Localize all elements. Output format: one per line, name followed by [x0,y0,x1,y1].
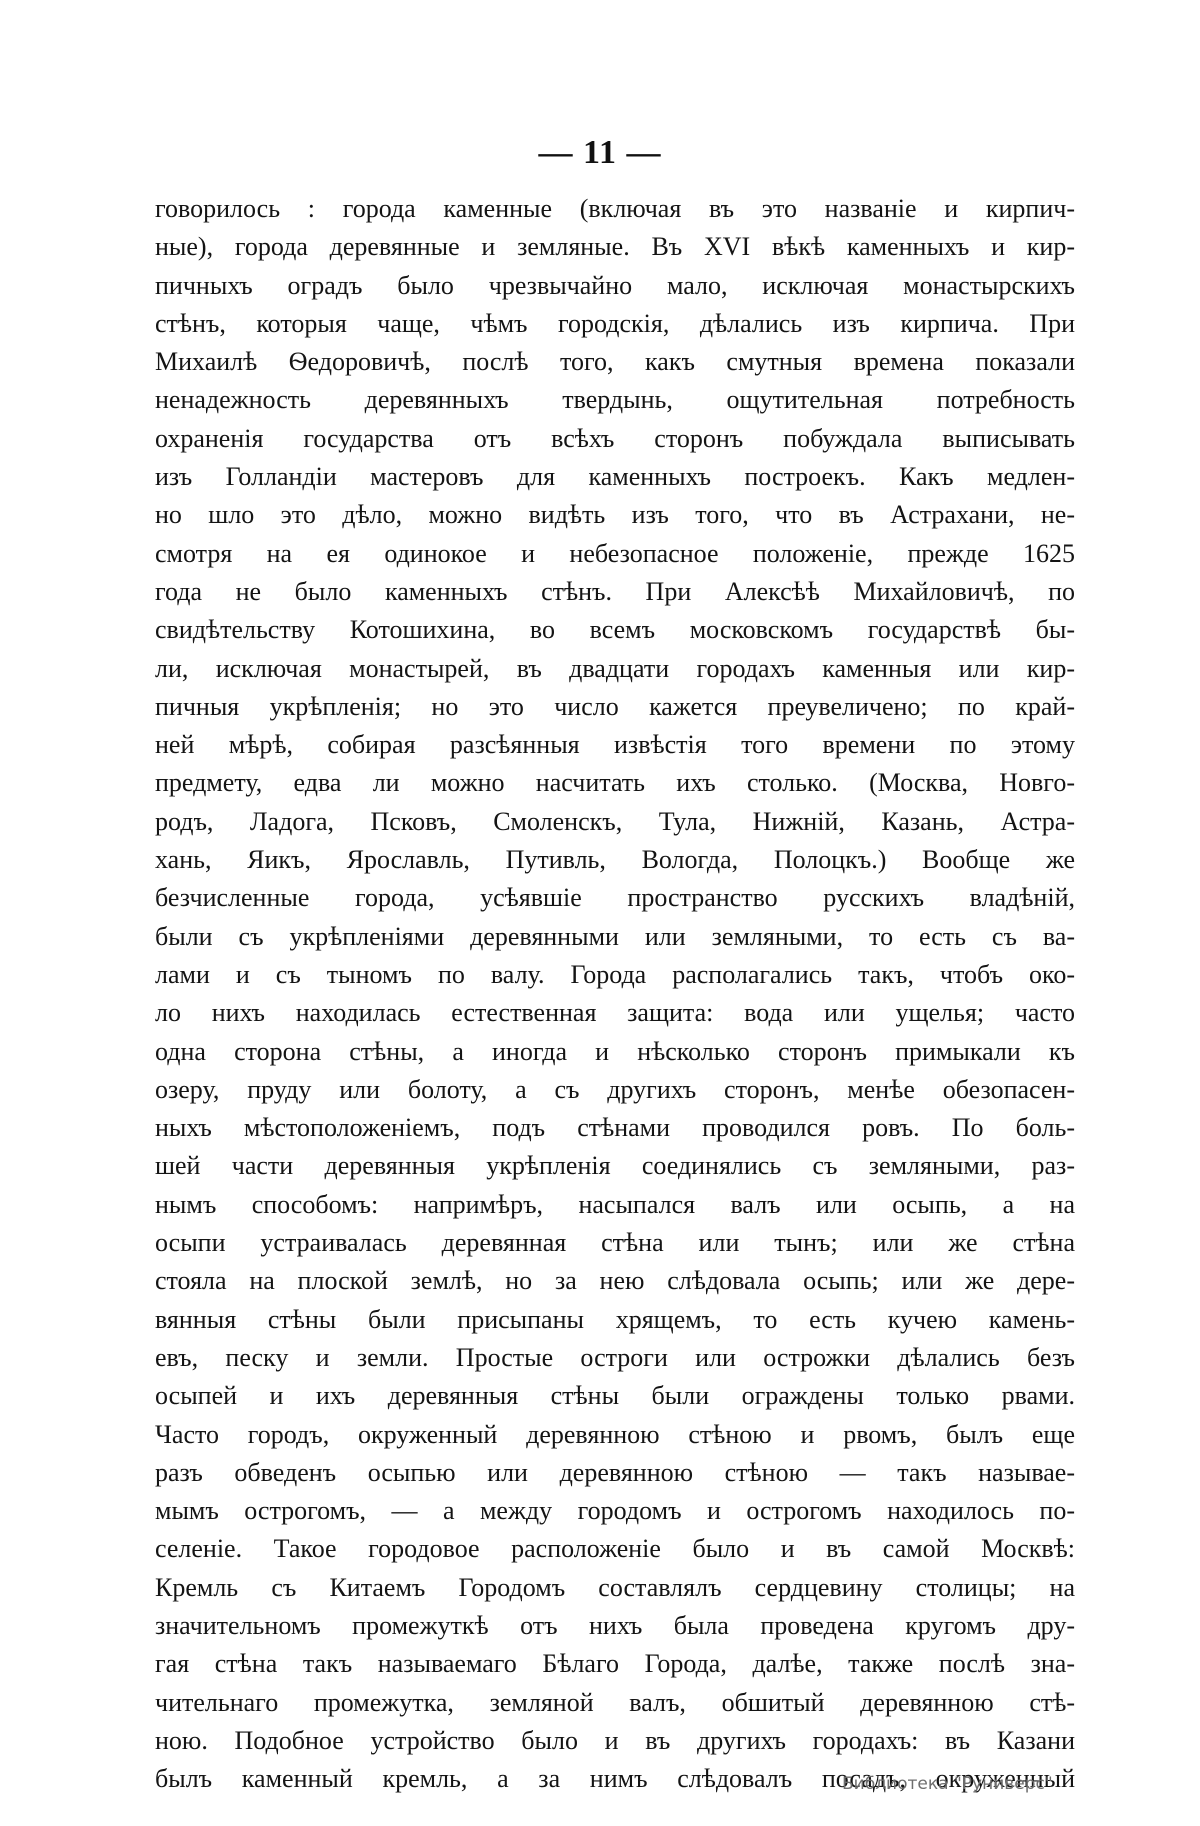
text-line: Кремль съ Китаемъ Городомъ составлялъ се… [155,1569,1075,1607]
text-line: значительномъ промежуткѣ отъ нихъ была п… [155,1607,1075,1645]
text-line: Часто городъ, окруженный деревянною стѣн… [155,1416,1075,1454]
text-line: охраненія государства отъ всѣхъ сторонъ … [155,420,1075,458]
text-line: ней мѣрѣ, собирая разсѣянныя извѣстія то… [155,726,1075,764]
text-line: чительнаго промежутка, земляной валъ, об… [155,1684,1075,1722]
text-line: нымъ способомъ: напримѣръ, насыпался вал… [155,1186,1075,1224]
library-watermark: Библиотека "Руниверс" [842,1774,1053,1794]
text-line: родъ, Ладога, Псковъ, Смоленскъ, Тула, Н… [155,803,1075,841]
text-line: гая стѣна такъ называемаго Бѣлаго Города… [155,1645,1075,1683]
text-line: мымъ острогомъ, — а между городомъ и ост… [155,1492,1075,1530]
text-line: стѣнъ, которыя чаще, чѣмъ городскія, дѣл… [155,305,1075,343]
text-line: озеру, пруду или болоту, а съ другихъ ст… [155,1071,1075,1109]
text-line: одна сторона стѣны, а иногда и нѣсколько… [155,1033,1075,1071]
text-line: пичныхъ оградъ было чрезвычайно мало, ис… [155,267,1075,305]
text-line: осыпи устраивалась деревянная стѣна или … [155,1224,1075,1262]
text-line: но шло это дѣло, можно видѣть изъ того, … [155,496,1075,534]
text-line: ныхъ мѣстоположеніемъ, подъ стѣнами пров… [155,1109,1075,1147]
text-line: свидѣтельству Котошихина, во всемъ моско… [155,611,1075,649]
text-line: смотря на ея одинокое и небезопасное пол… [155,535,1075,573]
text-line: года не было каменныхъ стѣнъ. При Алексѣ… [155,573,1075,611]
text-line: ною. Подобное устройство было и въ други… [155,1722,1075,1760]
body-text: говорилось : города каменные (включая въ… [155,190,1075,1798]
text-line: разъ обведенъ осыпью или деревянною стѣн… [155,1454,1075,1492]
scanned-book-page: — 11 — говорилось : города каменные (вкл… [0,0,1200,1826]
text-line: были съ укрѣпленіями деревянными или зем… [155,918,1075,956]
text-line: хань, Яикъ, Ярославль, Путивль, Вологда,… [155,841,1075,879]
text-line: говорилось : города каменные (включая въ… [155,190,1075,228]
text-line: шей части деревянныя укрѣпленія соединял… [155,1147,1075,1185]
text-line: селеніе. Такое городовое расположеніе бы… [155,1530,1075,1568]
text-line: безчисленные города, усѣявшіе пространст… [155,879,1075,917]
text-line: евъ, песку и земли. Простые остроги или … [155,1339,1075,1377]
text-line: Михаилѣ Ѳедоровичѣ, послѣ того, какъ сму… [155,343,1075,381]
text-line: лами и съ тыномъ по валу. Города распола… [155,956,1075,994]
text-line: стояла на плоской землѣ, но за нею слѣдо… [155,1262,1075,1300]
page-number: — 11 — [0,134,1200,172]
text-line: изъ Голландіи мастеровъ для каменныхъ по… [155,458,1075,496]
text-line: вянныя стѣны были присыпаны хрящемъ, то … [155,1301,1075,1339]
text-line: ли, исключая монастырей, въ двадцати гор… [155,650,1075,688]
text-line: ные), города деревянные и земляные. Въ X… [155,228,1075,266]
text-line: осыпей и ихъ деревянныя стѣны были ограж… [155,1377,1075,1415]
text-line: ненадежность деревянныхъ твердынь, ощути… [155,381,1075,419]
text-line: пичныя укрѣпленія; но это число кажется … [155,688,1075,726]
text-line: ло нихъ находилась естественная защита: … [155,994,1075,1032]
text-line: предмету, едва ли можно насчитать ихъ ст… [155,764,1075,802]
